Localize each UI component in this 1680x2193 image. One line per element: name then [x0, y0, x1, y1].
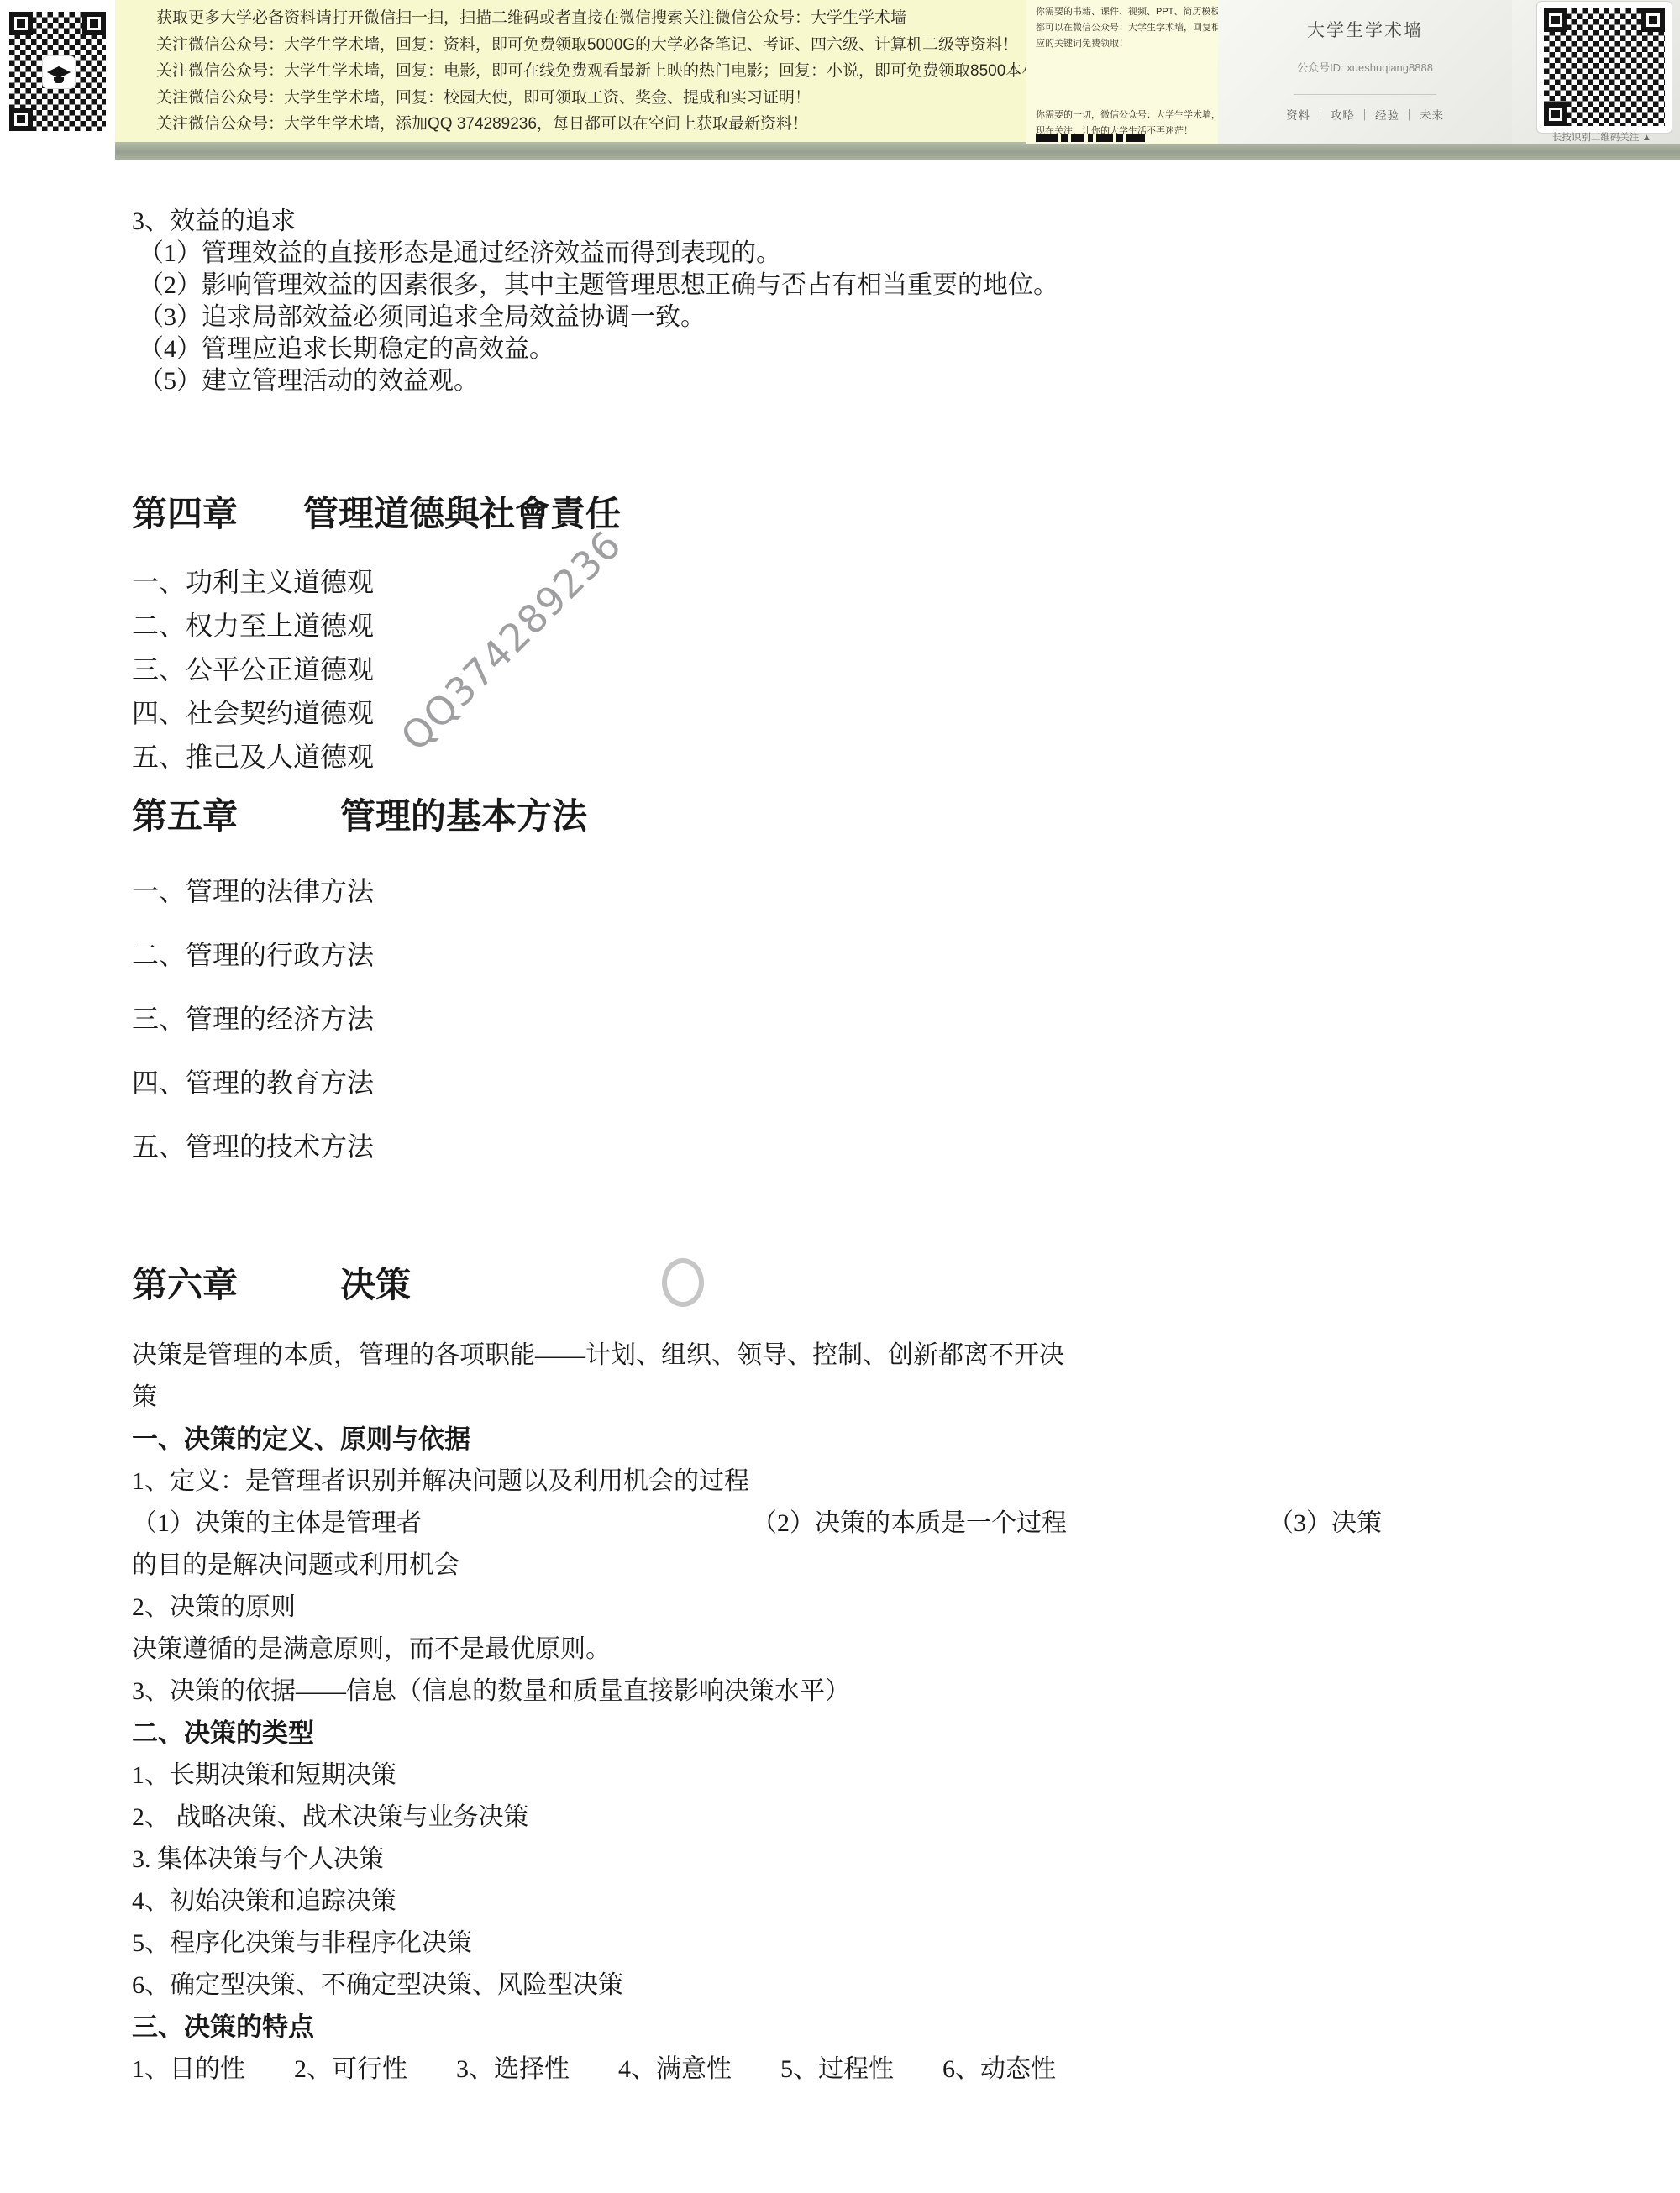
- doc-line: 5、程序化决策与非程序化决策: [132, 1923, 1564, 1965]
- right-promo-panel: 你需要的书籍、课件、视频、PPT、简历模板 都可以在微信公众号：大学生学术墙，回…: [1026, 0, 1680, 144]
- chapter-5-list: 一、管理的法律方法 二、管理的行政方法 三、管理的经济方法 四、管理的教育方法 …: [132, 859, 1564, 1178]
- doc-line: 决策遵循的是满意原则，而不是最优原则。: [132, 1629, 1564, 1671]
- doc-line: 四、社会契约道德观: [132, 691, 1564, 735]
- doc-line: 3、决策的依据——信息（信息的数量和质量直接影响决策水平）: [132, 1671, 1564, 1713]
- chapter-title: 管理的基本方法: [340, 794, 587, 841]
- qr-finder-icon: [1641, 8, 1665, 32]
- doc-line: 策: [132, 1377, 1564, 1419]
- promo-line: 你需要的书籍、课件、视频、PPT、简历模板: [1036, 4, 1221, 20]
- chapter-title: 决策: [340, 1262, 411, 1309]
- chapter-5-heading: 第五章 管理的基本方法: [132, 794, 1564, 841]
- account-card-title: 大学生学术墙: [1218, 17, 1512, 42]
- chapter-6-body: 决策是管理的本质，管理的各项职能——计划、组织、领导、控制、创新都离不开决 策 …: [132, 1335, 1564, 2091]
- wechat-qr-code-right: [1537, 2, 1672, 133]
- account-card-id: 公众号ID: xueshuqiang8888: [1218, 59, 1512, 75]
- doc-line: 1、定义：是管理者识别并解决问题以及利用机会的过程: [132, 1461, 1564, 1503]
- chapter-6-heading: 第六章 决策: [132, 1262, 1564, 1309]
- doc-line: （3）追求局部效益必须同追求全局效益协调一致。: [132, 302, 1564, 333]
- doc-line: 一、功利主义道德观: [132, 560, 1564, 604]
- watermark-artifact: [662, 1258, 704, 1307]
- banner-line: 关注微信公众号：大学生学术墙，回复：校园大使，即可领取工资、奖金、提成和实习证明…: [156, 85, 1069, 112]
- promo-text-block-1: 你需要的书籍、课件、视频、PPT、简历模板 都可以在微信公众号：大学生学术墙，回…: [1036, 4, 1221, 52]
- qr-finder-icon: [82, 12, 106, 35]
- promo-line: 你需要的一切，微信公众号：大学生学术墙，都有！: [1036, 108, 1248, 123]
- doc-line: 五、推己及人道德观: [132, 735, 1564, 779]
- qr-finder-icon: [1544, 102, 1567, 126]
- feature-item: 4、满意性: [618, 2049, 732, 2091]
- feature-item: 1、目的性: [132, 2049, 245, 2091]
- promo-line: 应的关键词免费领取！: [1036, 36, 1221, 52]
- doc-line: （3）决策: [1268, 1503, 1382, 1545]
- chapter-4-heading: 第四章 管理道德與社會責任: [132, 491, 1564, 538]
- doc-line: 二、权力至上道德观: [132, 604, 1564, 648]
- account-card: 大学生学术墙 公众号ID: xueshuqiang8888 资料 ｜ 攻略 ｜ …: [1218, 0, 1512, 144]
- left-qr-area: [0, 0, 115, 143]
- doc-line-columns: （1）决策的主体是管理者 （2）决策的本质是一个过程 （3）决策: [132, 1503, 1564, 1545]
- feature-item: 2、可行性: [294, 2049, 407, 2091]
- doc-line: （1）决策的主体是管理者: [132, 1503, 422, 1545]
- promo-line: 都可以在微信公众号：大学生学术墙，回复相: [1036, 20, 1221, 36]
- doc-line: 的目的是解决问题或利用机会: [132, 1545, 1564, 1587]
- chapter-title: 管理道德與社會責任: [303, 491, 621, 538]
- doc-line: （5）建立管理活动的效益观。: [132, 365, 1564, 397]
- banner-text-block: 获取更多大学必备资料请打开微信扫一扫，扫描二维码或者直接在微信搜索关注微信公众号…: [156, 5, 1069, 138]
- chapter-number: 第五章: [132, 794, 238, 841]
- qr-caption: 长按识别二维码关注 ▲: [1552, 130, 1651, 144]
- doc-line: 五、管理的技术方法: [132, 1115, 1564, 1178]
- right-qr-area: 长按识别二维码关注 ▲: [1512, 0, 1680, 144]
- doc-line: 四、管理的教育方法: [132, 1051, 1564, 1115]
- qr-finder-icon: [1544, 8, 1567, 32]
- doc-line: （2）影响管理效益的因素很多，其中主题管理思想正确与否占有相当重要的地位。: [132, 270, 1564, 302]
- doc-line: 4、初始决策和追踪决策: [132, 1881, 1564, 1923]
- doc-line: 1、长期决策和短期决策: [132, 1755, 1564, 1797]
- doc-line: 二、管理的行政方法: [132, 923, 1564, 987]
- doc-line: （2）决策的本质是一个过程: [752, 1503, 1067, 1545]
- feature-item: 3、选择性: [456, 2049, 570, 2091]
- chapter-number: 第四章: [132, 491, 238, 538]
- doc-line: 决策是管理的本质，管理的各项职能——计划、组织、领导、控制、创新都离不开决: [132, 1335, 1564, 1377]
- doc-line: 三、管理的经济方法: [132, 987, 1564, 1051]
- subheading: 三、决策的特点: [132, 2007, 1564, 2049]
- scan-edge-band: [115, 142, 1680, 160]
- divider: [1294, 94, 1436, 95]
- feature-item: 5、过程性: [780, 2049, 894, 2091]
- doc-line-features: 1、目的性 2、可行性 3、选择性 4、满意性 5、过程性 6、动态性: [132, 2049, 1564, 2091]
- cropped-text-artifact: [1036, 134, 1145, 142]
- banner-line: 关注微信公众号：大学生学术墙，回复：电影，即可在线免费观看最新上映的热门电影；回…: [156, 58, 1069, 85]
- feature-item: 6、动态性: [942, 2049, 1056, 2091]
- subheading: 一、决策的定义、原则与依据: [132, 1419, 1564, 1461]
- doc-line: （1）管理效益的直接形态是通过经济效益而得到表现的。: [132, 238, 1564, 270]
- chapter-number: 第六章: [132, 1262, 238, 1309]
- chapter-4-list: 一、功利主义道德观 二、权力至上道德观 三、公平公正道德观 四、社会契约道德观 …: [132, 560, 1564, 779]
- wechat-qr-code-left: [7, 9, 108, 134]
- banner-line: 获取更多大学必备资料请打开微信扫一扫，扫描二维码或者直接在微信搜索关注微信公众号…: [156, 5, 1069, 32]
- doc-line: 2、决策的原则: [132, 1587, 1564, 1629]
- account-card-tags: 资料 ｜ 攻略 ｜ 经验 ｜ 未来: [1218, 106, 1512, 123]
- graduation-cap-icon: [42, 55, 76, 89]
- qr-finder-icon: [9, 108, 33, 131]
- doc-line: 3、效益的追求: [132, 206, 1564, 238]
- doc-line: 2、 战略决策、战术决策与业务决策: [132, 1797, 1564, 1839]
- subheading: 二、决策的类型: [132, 1713, 1564, 1755]
- banner-line: 关注微信公众号：大学生学术墙，回复：资料，即可免费领取5000G的大学必备笔记、…: [156, 32, 1069, 59]
- doc-line: （4）管理应追求长期稳定的高效益。: [132, 333, 1564, 365]
- banner-line: 关注微信公众号：大学生学术墙，添加QQ 374289236，每日都可以在空间上获…: [156, 111, 1069, 138]
- doc-line: 三、公平公正道德观: [132, 648, 1564, 691]
- doc-line: 一、管理的法律方法: [132, 859, 1564, 923]
- document-page: 3、效益的追求 （1）管理效益的直接形态是通过经济效益而得到表现的。 （2）影响…: [132, 206, 1564, 2091]
- qr-finder-icon: [9, 12, 33, 35]
- doc-line: 3. 集体决策与个人决策: [132, 1839, 1564, 1881]
- doc-line: 6、确定型决策、不确定型决策、风险型决策: [132, 1965, 1564, 2007]
- section-benefit: 3、效益的追求 （1）管理效益的直接形态是通过经济效益而得到表现的。 （2）影响…: [132, 206, 1564, 397]
